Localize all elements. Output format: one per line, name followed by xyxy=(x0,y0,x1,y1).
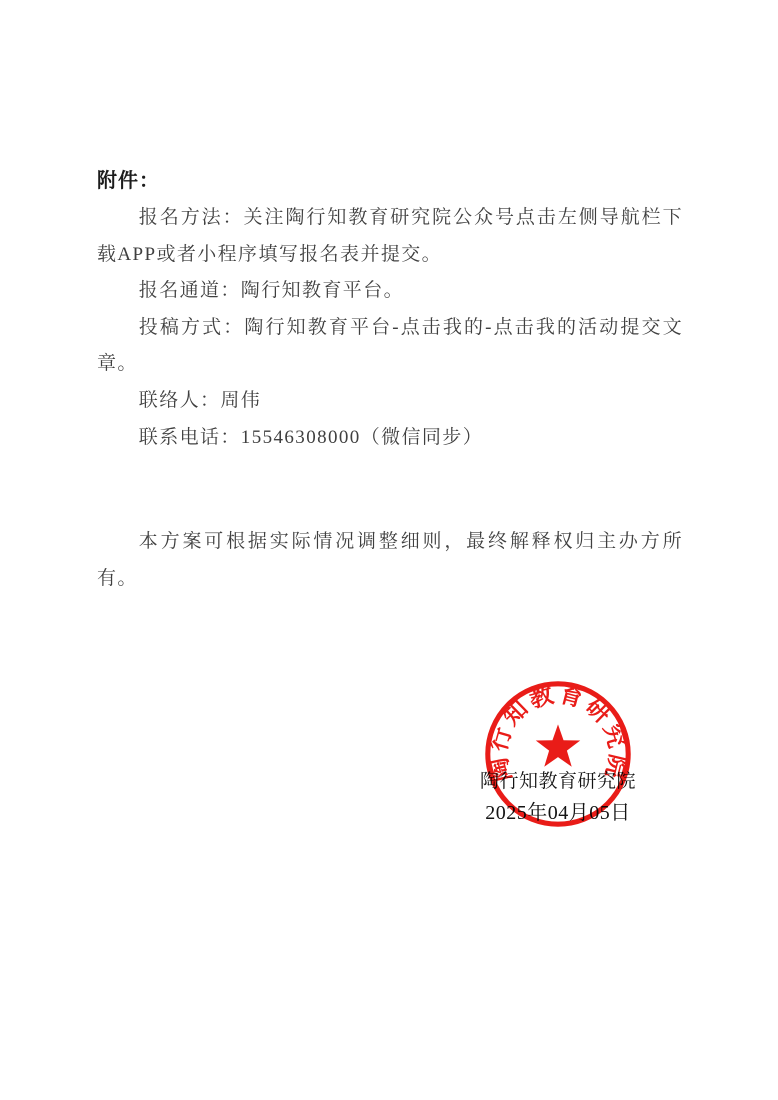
paragraph-registration-method: 报名方法：关注陶行知教育研究院公众号点击左侧导航栏下载APP或者小程序填写报名表… xyxy=(97,200,683,273)
attachment-heading: 附件： xyxy=(97,163,683,200)
official-seal: 陶行知教育研究院 xyxy=(480,676,636,832)
paragraph-registration-channel: 报名通道：陶行知教育平台。 xyxy=(97,273,683,310)
document-body: 附件： 报名方法：关注陶行知教育研究院公众号点击左侧导航栏下载APP或者小程序填… xyxy=(97,163,683,597)
red-star-icon xyxy=(536,724,580,766)
paragraph-contact-person: 联络人：周伟 xyxy=(97,383,683,420)
paragraph-contact-phone: 联系电话：15546308000（微信同步） xyxy=(97,420,683,457)
paragraph-disclaimer: 本方案可根据实际情况调整细则，最终解释权归主办方所有。 xyxy=(97,524,683,597)
document-page: 附件： 报名方法：关注陶行知教育研究院公众号点击左侧导航栏下载APP或者小程序填… xyxy=(0,0,778,1100)
paragraph-submission-method: 投稿方式：陶行知教育平台-点击我的-点击我的活动提交文章。 xyxy=(97,310,683,383)
